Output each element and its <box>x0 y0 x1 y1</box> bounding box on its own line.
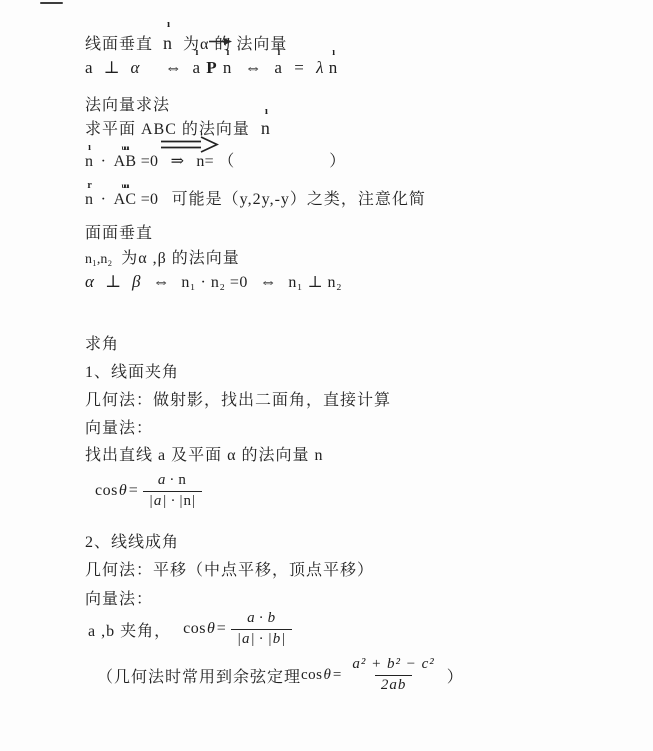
alpha-symbol: α <box>131 58 140 77</box>
implies-symbol: ⇒ <box>171 153 184 170</box>
note-open-text: （几何法时常用到余弦定理 <box>97 664 301 687</box>
vector-letters: AB <box>114 153 137 170</box>
vector-letter: n <box>329 58 338 77</box>
abs-b: |b| <box>268 631 287 647</box>
body-text: 找出直线 a 及平面 α 的法向量 n <box>85 447 324 464</box>
body-text: 为α ,β 的法向量 <box>121 250 240 267</box>
equals-symbol: = <box>129 482 139 500</box>
vector-letter: a <box>274 58 282 77</box>
alpha-symbol: α <box>85 272 94 291</box>
abs-a: |a| <box>149 493 168 509</box>
vector-letter: n <box>85 191 93 208</box>
note-close-paren: ） <box>447 664 464 687</box>
line-find-line-and-plane-normal: 找出直线 a 及平面 α 的法向量 n <box>85 442 324 465</box>
math-n1-n2: n₁,n₂ <box>85 252 112 267</box>
parallel-glyph: P <box>206 58 217 77</box>
theta-symbol: θ <box>119 482 128 500</box>
iff-symbol: ⇔ <box>153 272 170 291</box>
beta-symbol: β <box>132 272 141 291</box>
line-perpendicular-formula: a ⊥ α ⇔ ıa P ın ⇔ ıa = λ ın <box>85 58 338 78</box>
fraction-denominator: |a|·|b| <box>231 629 293 650</box>
vector-arrow-mark: ı <box>265 106 268 117</box>
vector-a: ıa <box>192 58 200 78</box>
item-text: 1、线面夹角 <box>85 364 179 381</box>
note-text: 可能是（y,2y,-y）之类，注意化简 <box>172 191 426 208</box>
ab-angle-text: a ,b 夹角， <box>88 618 171 641</box>
iff-symbol: ⇔ <box>260 272 277 291</box>
vector-arrow-mark: ı <box>167 19 170 30</box>
cos-label: cos <box>95 482 118 500</box>
line-find-angle-heading: 求角 <box>85 331 119 354</box>
vector-letter: n <box>223 58 232 77</box>
line-cos-formula-line-plane: cos θ = a·n |a|·|n| <box>95 466 206 516</box>
vector-arrow-mark: ı <box>277 48 280 58</box>
line-cosine-law-note: （几何法时常用到余弦定理 cos θ = a² + b² − c² 2ab ） <box>97 650 464 700</box>
line-equation-n-dot-ac: rn · uuıAC =0 可能是（y,2y,-y）之类，注意化简 <box>85 186 426 209</box>
perpendicular-symbol: ⊥ <box>104 58 120 77</box>
vector-arrow-mark: ı <box>226 48 229 58</box>
dot-operator: · <box>101 191 107 208</box>
vector-arrow-mark: uuı <box>122 183 129 190</box>
dot-operator: · <box>169 472 175 488</box>
fraction-denominator: |a|·|n| <box>143 491 202 512</box>
heading-text: 线面垂直 <box>85 36 153 53</box>
iff-symbol: ⇔ <box>165 58 182 77</box>
var-a: a <box>85 58 93 77</box>
line-geometric-method-2: 几何法：平移（中点平移，顶点平移） <box>85 557 374 580</box>
line-equation-n-dot-ab: ın · uuıAB =0 ⇒ n= （ ） <box>85 148 346 171</box>
heading-text: 求角 <box>85 336 119 353</box>
fraction: a² + b² − c² 2ab <box>346 655 440 695</box>
fraction-denominator: 2ab <box>375 675 413 696</box>
vector-ab: uuıAB <box>114 153 137 171</box>
vector-arrow-mark: uuı <box>122 145 129 152</box>
var-n: n <box>178 472 187 488</box>
heading-text: 面面垂直 <box>85 225 153 242</box>
vector-letter: n <box>261 118 271 138</box>
equals-symbol: = <box>333 667 342 684</box>
vector-letters: AC <box>114 191 137 208</box>
line-normals-of-planes: n₁,n₂ 为α ,β 的法向量 <box>85 245 240 268</box>
equals-symbol: = <box>217 620 227 638</box>
scan-artifact-line <box>40 2 63 4</box>
line-item-2-line-line-angle: 2、线线成角 <box>85 529 179 552</box>
vector-n: ı n <box>261 118 271 139</box>
body-text: 向量法： <box>85 420 153 437</box>
fraction: a·b |a|·|b| <box>231 609 293 649</box>
vector-n: ın <box>223 58 232 78</box>
vector-n: rn <box>85 191 93 209</box>
line-item-1-line-plane-angle: 1、线面夹角 <box>85 359 179 382</box>
vector-n: ın <box>85 153 93 171</box>
equals-zero: =0 <box>141 153 159 170</box>
item-text: 2、线线成角 <box>85 534 179 551</box>
dot-operator: · <box>259 631 265 647</box>
arrow-artifact-icon <box>209 37 233 46</box>
fraction-numerator: a·n <box>152 471 193 491</box>
body-text: 几何法：做射影，找出二面角，直接计算 <box>85 392 391 409</box>
cos-label: cos <box>183 620 206 638</box>
var-a: a <box>247 610 256 626</box>
vector-n: ı n <box>163 33 173 54</box>
line-plane-plane-perpendicular-heading: 面面垂直 <box>85 220 153 243</box>
dot-operator: · <box>170 493 176 509</box>
line-plane-perpendicular-heading: 线面垂直 ı n 为α 的 法向量 <box>85 31 287 54</box>
page-content: 线面垂直 ı n 为α 的 法向量 a ⊥ α ⇔ ıa P ın <box>0 0 653 751</box>
abs-n: |n| <box>179 493 196 509</box>
vector-arrow-mark: ı <box>196 48 199 58</box>
var-b: b <box>268 610 277 626</box>
iff-symbol: ⇔ <box>245 58 262 77</box>
vector-n: ın <box>329 58 338 78</box>
close-paren: ） <box>329 153 345 170</box>
theta-symbol: θ <box>207 620 216 638</box>
equals-zero: =0 <box>141 191 159 208</box>
vector-ac: uuıAC <box>114 191 137 209</box>
vector-arrow-mark: ı <box>88 143 91 153</box>
line-alpha-perp-beta-formula: α ⊥ β ⇔ n₁ · n₂ =0 ⇔ n₁ ⊥ n₂ <box>85 272 342 292</box>
n-equals-open-paren: n= （ <box>196 153 234 170</box>
document-page: 线面垂直 ı n 为α 的 法向量 a ⊥ α ⇔ ıa P ın <box>0 0 653 751</box>
cos-label: cos <box>301 667 323 684</box>
vector-letter: n <box>163 33 173 53</box>
vector-letter: a <box>192 58 200 77</box>
heading-text: 法向量求法 <box>85 97 170 114</box>
perpendicular-symbol: ⊥ <box>105 272 121 291</box>
fraction-numerator: a² + b² − c² <box>346 655 440 675</box>
vector-a: ıa <box>274 58 282 78</box>
dot-operator: · <box>259 610 265 626</box>
fraction-numerator: a·b <box>241 609 282 629</box>
implies-arrow-group: ⇒ <box>167 151 188 171</box>
var-a: a <box>158 472 167 488</box>
vector-letter: n <box>85 153 93 170</box>
line-normal-vector-method-heading: 法向量求法 <box>85 92 170 115</box>
vector-arrow-mark: ı <box>332 48 335 58</box>
line-vector-method-label-1: 向量法： <box>85 415 153 438</box>
n1-perp-n2: n₁ ⊥ n₂ <box>288 274 342 291</box>
equals-symbol: = <box>294 58 304 77</box>
dot-product-zero: n₁ · n₂ =0 <box>181 274 248 291</box>
line-cos-formula-line-line: a ,b 夹角， cos θ = a·b |a|·|b| <box>88 604 296 654</box>
lambda-symbol: λ <box>316 58 324 77</box>
big-double-arrow-icon <box>159 135 221 154</box>
body-text: 几何法：平移（中点平移，顶点平移） <box>85 562 374 579</box>
fraction: a·n |a|·|n| <box>143 471 202 511</box>
vector-arrow-mark: r <box>87 181 91 191</box>
line-geometric-method-1: 几何法：做射影，找出二面角，直接计算 <box>85 387 391 410</box>
dot-operator: · <box>101 153 107 170</box>
abs-a: |a| <box>237 631 256 647</box>
theta-symbol: θ <box>324 667 332 684</box>
